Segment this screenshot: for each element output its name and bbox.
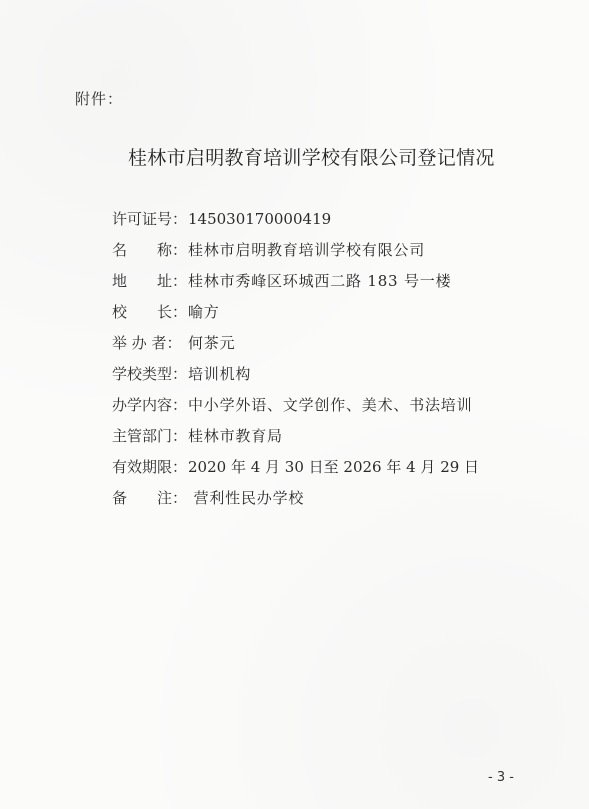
field-value: 喻方 (188, 301, 220, 322)
field-value: 桂林市教育局 (188, 425, 283, 446)
field-principal: 校 长： 喻方 (112, 296, 532, 327)
field-label: 主管部门： (112, 425, 188, 446)
field-value: 2020 年 4 月 30 日至 2026 年 4 月 29 日 (188, 456, 479, 477)
field-label: 有效期限： (112, 456, 188, 477)
field-label: 备 注： (112, 487, 188, 508)
field-value: 何茶元 (188, 332, 235, 353)
field-value: 营利性民办学校 (188, 487, 304, 508)
attachment-label: 附件： (75, 88, 123, 109)
field-address: 地 址： 桂林市秀峰区环城西二路 183 号一楼 (112, 265, 532, 296)
field-value: 中小学外语、文学创作、美术、书法培训 (188, 394, 472, 415)
field-license-number: 许可证号： 145030170000419 (112, 203, 532, 234)
field-label: 办学内容： (112, 394, 188, 415)
field-label: 地 址： (112, 270, 188, 291)
document-title: 桂林市启明教育培训学校有限公司登记情况 (128, 143, 458, 170)
field-label: 名 称： (112, 239, 188, 260)
field-label: 举 办 者： (112, 332, 188, 353)
field-label: 许可证号： (112, 208, 188, 229)
field-supervising-dept: 主管部门： 桂林市教育局 (112, 420, 532, 451)
document-page: 附件： 桂林市启明教育培训学校有限公司登记情况 许可证号： 1450301700… (0, 0, 589, 809)
field-value: 桂林市秀峰区环城西二路 183 号一楼 (188, 270, 451, 291)
page-number: - 3 - (488, 770, 514, 785)
field-label: 校 长： (112, 301, 188, 322)
field-program-content: 办学内容： 中小学外语、文学创作、美术、书法培训 (112, 389, 532, 420)
field-organizer: 举 办 者： 何茶元 (112, 327, 532, 358)
field-value: 桂林市启明教育培训学校有限公司 (188, 239, 425, 260)
field-remarks: 备 注： 营利性民办学校 (112, 482, 532, 513)
field-validity-period: 有效期限： 2020 年 4 月 30 日至 2026 年 4 月 29 日 (112, 451, 532, 482)
field-school-type: 学校类型： 培训机构 (112, 358, 532, 389)
field-value: 145030170000419 (188, 210, 331, 228)
field-label: 学校类型： (112, 363, 188, 384)
registration-fields: 许可证号： 145030170000419 名 称： 桂林市启明教育培训学校有限… (112, 203, 532, 513)
field-value: 培训机构 (188, 363, 251, 384)
field-name: 名 称： 桂林市启明教育培训学校有限公司 (112, 234, 532, 265)
